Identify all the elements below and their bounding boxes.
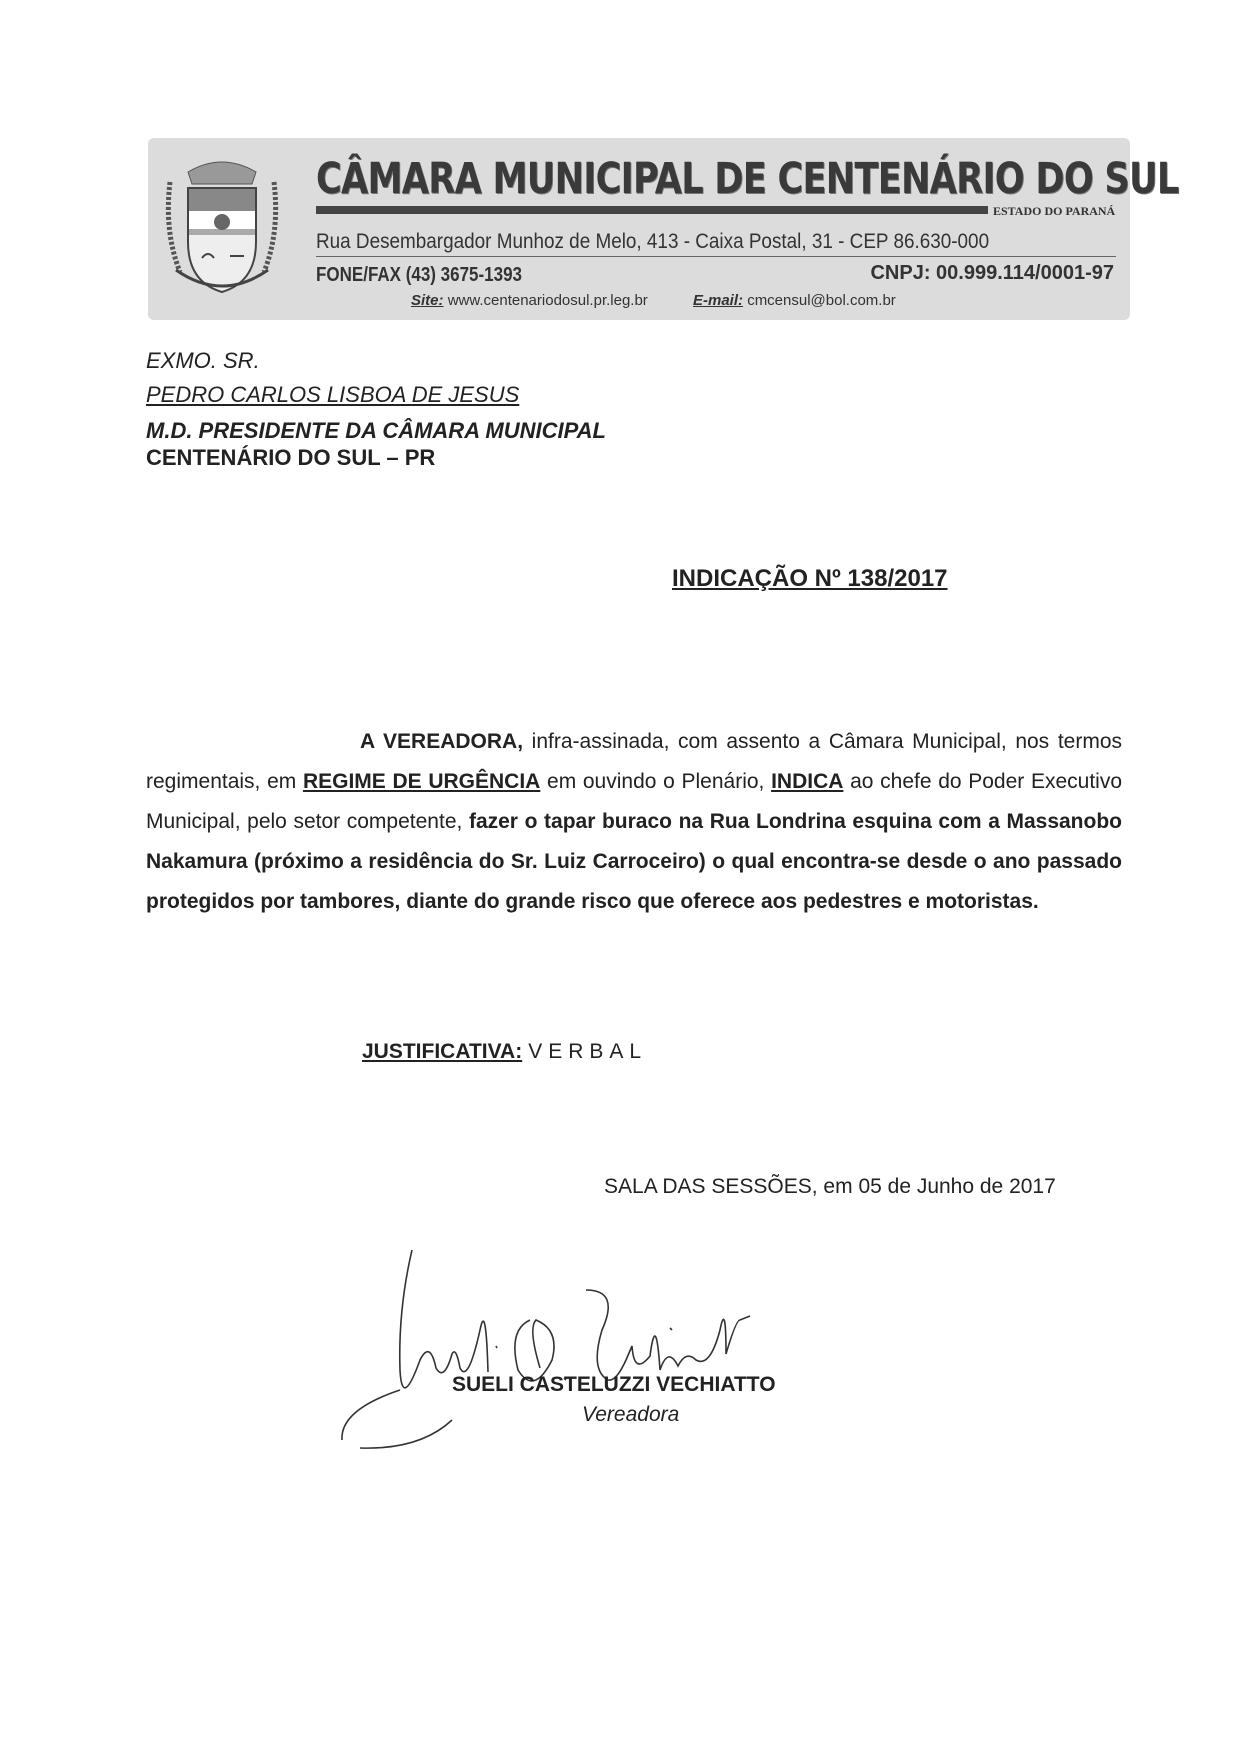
signatory-name: SUELI CASTELUZZI VECHIATTO bbox=[452, 1373, 776, 1397]
justification-value: VERBAL bbox=[528, 1040, 647, 1063]
justification-label: JUSTIFICATIVA: bbox=[362, 1040, 522, 1063]
site-line: Site: www.centenariodosul.pr.leg.br bbox=[411, 292, 648, 309]
state-name: ESTADO DO PARANÁ bbox=[993, 204, 1115, 219]
letterhead: CÂMARA MUNICIPAL DE CENTENÁRIO DO SUL ES… bbox=[148, 138, 1130, 320]
email-label: E-mail: bbox=[693, 292, 743, 309]
addressee-name: PEDRO CARLOS LISBOA DE JESUS bbox=[146, 382, 519, 408]
addressee-city: CENTENÁRIO DO SUL – PR bbox=[146, 445, 435, 471]
chamber-phone: FONE/FAX (43) 3675-1393 bbox=[316, 264, 522, 287]
addressee-role: M.D. PRESIDENTE DA CÂMARA MUNICIPAL bbox=[146, 418, 606, 444]
body-subject: A VEREADORA, bbox=[360, 730, 523, 753]
address-rule bbox=[316, 256, 1116, 257]
chamber-cnpj: CNPJ: 00.999.114/0001-97 bbox=[870, 262, 1114, 285]
body-text-2: em ouvindo o Plenário, bbox=[540, 770, 771, 793]
site-label: Site: bbox=[411, 292, 444, 309]
site-link[interactable]: www.centenariodosul.pr.leg.br bbox=[448, 292, 648, 309]
urgency-regime: REGIME DE URGÊNCIA bbox=[303, 770, 540, 793]
document-title: INDICAÇÃO Nº 138/2017 bbox=[672, 565, 948, 593]
document-body: A VEREADORA, infra-assinada, com assento… bbox=[146, 722, 1122, 922]
email-line: E-mail: cmcensul@bol.com.br bbox=[693, 292, 896, 309]
signatory-role: Vereadora bbox=[582, 1403, 679, 1427]
email-link[interactable]: cmcensul@bol.com.br bbox=[747, 292, 896, 309]
addressee-salutation: EXMO. SR. bbox=[146, 348, 260, 374]
coat-of-arms-icon bbox=[158, 152, 286, 308]
date-line: SALA DAS SESSÕES, em 05 de Junho de 2017 bbox=[604, 1175, 1056, 1199]
chamber-address: Rua Desembargador Munhoz de Melo, 413 - … bbox=[316, 230, 989, 254]
justification: JUSTIFICATIVA:VERBAL bbox=[362, 1040, 647, 1064]
chamber-name: CÂMARA MUNICIPAL DE CENTENÁRIO DO SUL bbox=[316, 154, 1178, 204]
header-divider bbox=[316, 206, 988, 214]
indica-keyword: INDICA bbox=[771, 770, 843, 793]
